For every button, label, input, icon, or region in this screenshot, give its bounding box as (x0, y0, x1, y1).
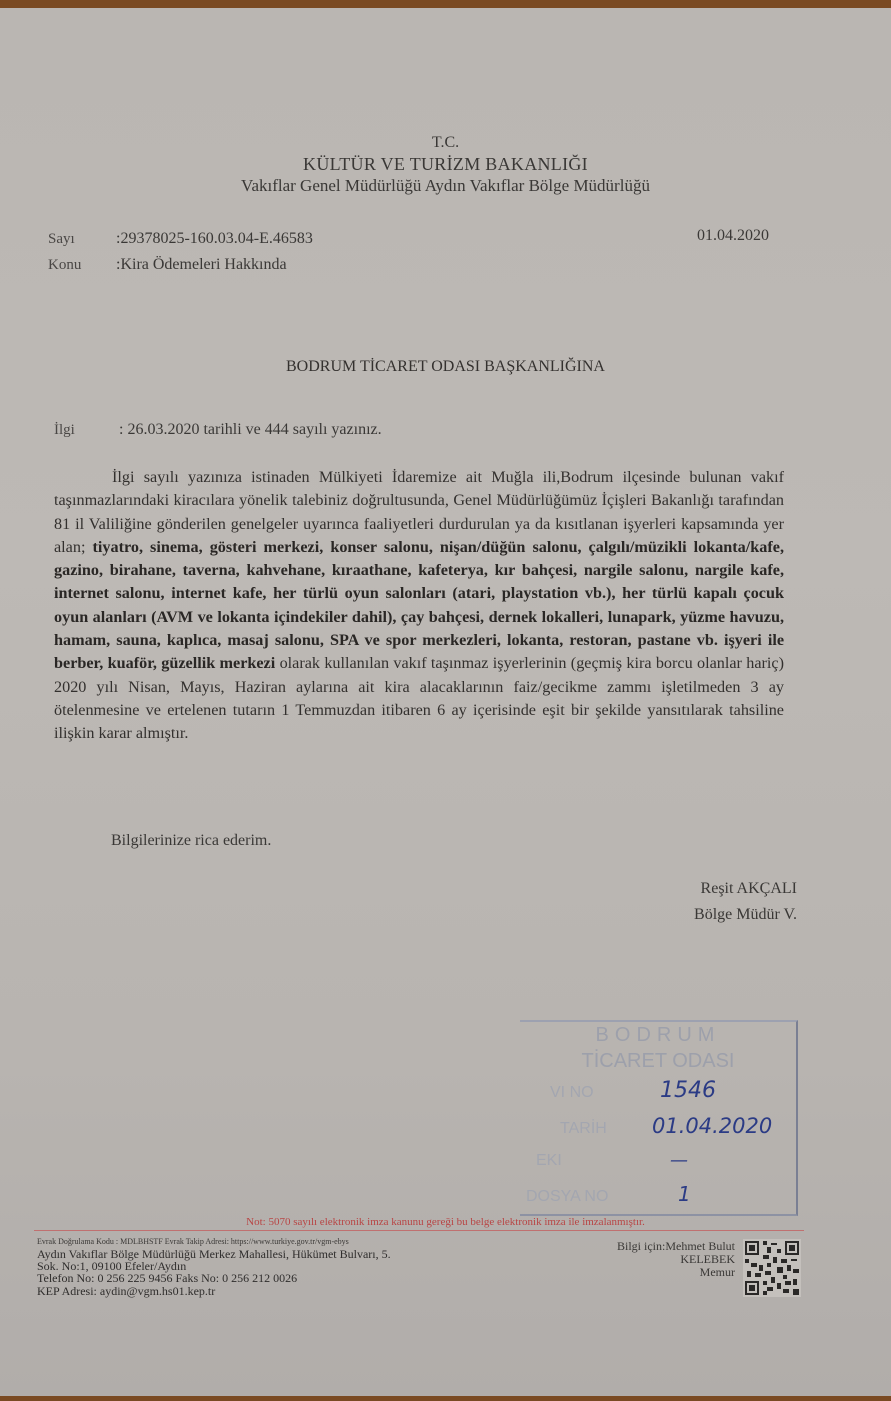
stamp-date-value: 01.04.2020 (652, 1114, 772, 1138)
stamp-no-label: VI NO (550, 1084, 594, 1102)
document-date: 01.04.2020 (697, 227, 769, 245)
contact-info: Bilgi için:Mehmet Bulut KELEBEK Memur (617, 1240, 735, 1279)
header-tc: T.C. (0, 134, 891, 152)
stamp-attach-label: EKI (536, 1152, 562, 1170)
verification-code: Evrak Doğrulama Kodu : MDLBHSTF Evrak Ta… (37, 1237, 349, 1246)
sayi-value: :29378025-160.03.04-E.46583 (116, 230, 313, 248)
signatory-title: Bölge Müdür V. (694, 906, 797, 924)
stamp-title-1: BODRUM (520, 1024, 796, 1047)
signatory-name: Reşit AKÇALI (701, 880, 797, 898)
kep-address: KEP Adresi: aydin@vgm.hs01.kep.tr (37, 1285, 215, 1297)
body-business-list: tiyatro, sinema, gösteri merkezi, konser… (54, 538, 784, 672)
footer-divider (34, 1230, 804, 1231)
stamp-file-label: DOSYA NO (526, 1188, 608, 1206)
stamp-attach-value: — (670, 1150, 688, 1171)
phone-fax: Telefon No: 0 256 225 9456 Faks No: 0 25… (37, 1272, 297, 1284)
konu-value: :Kira Ödemeleri Hakkında (116, 256, 287, 274)
e-signature-note: Not: 5070 sayılı elektronik imza kanunu … (0, 1216, 891, 1228)
recipient: BODRUM TİCARET ODASI BAŞKANLIĞINA (0, 358, 891, 376)
header-directorate: Vakıflar Genel Müdürlüğü Aydın Vakıflar … (0, 176, 891, 196)
document-page: T.C. KÜLTÜR VE TURİZM BAKANLIĞI Vakıflar… (0, 8, 891, 1396)
stamp-file-value: 1 (678, 1182, 691, 1206)
stamp-date-label: TARİH (560, 1120, 607, 1138)
ilgi-label: İlgi (54, 422, 75, 439)
qr-code-icon (743, 1238, 801, 1298)
konu-label: Konu (48, 257, 81, 274)
sayi-label: Sayı (48, 231, 75, 248)
contact-line-3: Memur (617, 1266, 735, 1279)
closing-text: Bilgilerinize rica ederim. (111, 832, 271, 850)
received-stamp: BODRUM TİCARET ODASI VI NO 1546 TARİH 01… (520, 1020, 798, 1216)
stamp-title-2: TİCARET ODASI (520, 1050, 796, 1073)
body-paragraph: İlgi sayılı yazınıza istinaden Mülkiyeti… (54, 466, 784, 746)
header-ministry: KÜLTÜR VE TURİZM BAKANLIĞI (0, 154, 891, 175)
stamp-no-value: 1546 (660, 1078, 716, 1103)
ilgi-value: : 26.03.2020 tarihli ve 444 sayılı yazın… (119, 421, 382, 439)
